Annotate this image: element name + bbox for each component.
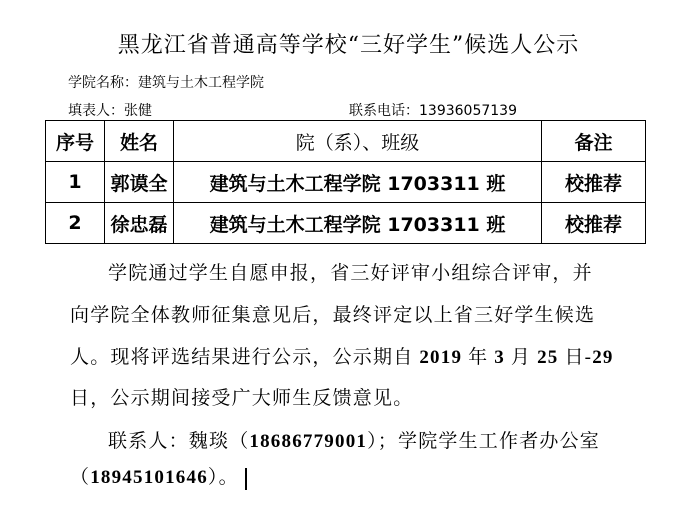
header-no: 序号 [46,121,105,162]
body-line-1: 学院通过学生自愿申报，省三好评审小组综合评审，并 [108,258,668,285]
table-row: 1 郭谟全 建筑与土木工程学院 1703311 班 校推荐 [46,162,646,203]
college-name: 学院名称：建筑与土木工程学院 [68,72,264,92]
cell-no: 2 [46,203,105,244]
cell-name: 郭谟全 [105,162,174,203]
text-cursor [245,468,247,490]
table-header-row: 序号 姓名 院（系）、班级 备注 [46,121,646,162]
header-class: 院（系）、班级 [174,121,542,162]
contact-line-2[interactable]: （18945101646）。 [70,462,630,490]
document-title: 黑龙江省普通高等学校“三好学生”候选人公示 [0,28,697,59]
contact-line-1: 联系人：魏琰（18686779001）；学院学生工作者办公室 [108,426,668,453]
body-line-3: 人。现将评选结果进行公示，公示期自 2019 年 3 月 25 日-29 [70,342,630,369]
cell-note: 校推荐 [542,203,646,244]
form-filler: 填表人：张健 [68,100,152,120]
cell-note: 校推荐 [542,162,646,203]
cell-name: 徐忠磊 [105,203,174,244]
header-note: 备注 [542,121,646,162]
body-line-4: 日，公示期间接受广大师生反馈意见。 [70,383,630,410]
header-name: 姓名 [105,121,174,162]
cell-class: 建筑与土木工程学院 1703311 班 [174,162,542,203]
candidate-table: 序号 姓名 院（系）、班级 备注 1 郭谟全 建筑与土木工程学院 1703311… [45,120,646,244]
body-line-2: 向学院全体教师征集意见后，最终评定以上省三好学生候选 [70,300,630,327]
cell-no: 1 [46,162,105,203]
cell-class: 建筑与土木工程学院 1703311 班 [174,203,542,244]
table-row: 2 徐忠磊 建筑与土木工程学院 1703311 班 校推荐 [46,203,646,244]
contact-phone: 联系电话：13936057139 [349,100,517,120]
